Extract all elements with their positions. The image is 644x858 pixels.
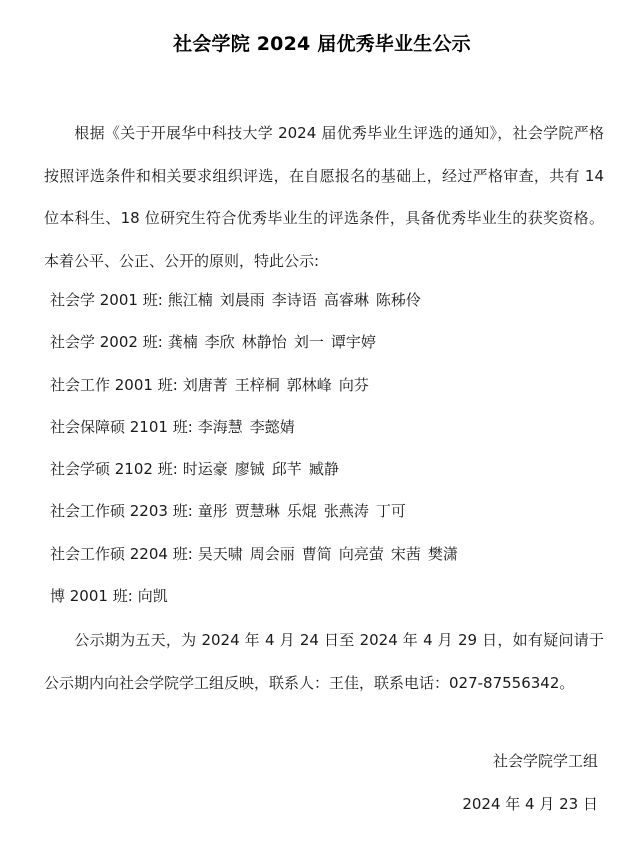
student-names: 龚楠李欣林静怡刘一谭宇婷 <box>168 333 383 351</box>
student-names: 刘唐菁王梓桐郭林峰向芬 <box>183 376 376 394</box>
awardee-class-list: 社会学 2001 班:熊江楠刘晨雨李诗语高睿琳陈秭伶社会学 2002 班:龚楠李… <box>50 279 465 617</box>
class-row: 社会工作硕 2203 班:童彤贾慧琳乐焜张燕涛丁可 <box>50 490 465 532</box>
signature-organization: 社会学院学工组 <box>493 750 598 772</box>
class-label: 社会工作硕 2204 班: <box>50 545 193 563</box>
student-names: 吴天啸周会丽曹简向亮萤宋茜樊潇 <box>198 545 465 563</box>
student-name: 王梓桐 <box>235 376 280 394</box>
student-name: 童彤 <box>198 502 228 520</box>
student-names: 熊江楠刘晨雨李诗语高睿琳陈秭伶 <box>168 291 428 309</box>
class-row: 博 2001 班:向凯 <box>50 575 465 617</box>
student-names: 童彤贾慧琳乐焜张燕涛丁可 <box>198 502 413 520</box>
class-label: 博 2001 班: <box>50 587 133 605</box>
student-name: 吴天啸 <box>198 545 243 563</box>
class-label: 社会学 2001 班: <box>50 291 163 309</box>
class-row: 社会工作 2001 班:刘唐菁王梓桐郭林峰向芬 <box>50 364 465 406</box>
student-name: 熊江楠 <box>168 291 213 309</box>
student-names: 时运豪廖铖邱芊臧静 <box>183 460 346 478</box>
student-name: 刘一 <box>294 333 324 351</box>
student-name: 邱芊 <box>272 460 302 478</box>
class-label: 社会学硕 2102 班: <box>50 460 178 478</box>
class-label: 社会工作硕 2203 班: <box>50 502 193 520</box>
student-names: 李海慧李懿婧 <box>198 418 302 436</box>
student-name: 高睿琳 <box>324 291 369 309</box>
student-name: 张燕涛 <box>324 502 369 520</box>
student-name: 周会丽 <box>250 545 295 563</box>
student-name: 廖铖 <box>235 460 265 478</box>
student-name: 向亮萤 <box>339 545 384 563</box>
notice-text: 公示期为五天，为 2024 年 4 月 24 日至 2024 年 4 月 29 … <box>44 631 604 692</box>
intro-text: 根据《关于开展华中科技大学 2024 届优秀毕业生评选的通知》，社会学院严格按照… <box>44 124 604 270</box>
class-row: 社会保障硕 2101 班:李海慧李懿婧 <box>50 406 465 448</box>
student-name: 李诗语 <box>272 291 317 309</box>
student-name: 时运豪 <box>183 460 228 478</box>
student-name: 臧静 <box>309 460 339 478</box>
student-name: 贾慧琳 <box>235 502 280 520</box>
class-row: 社会学 2001 班:熊江楠刘晨雨李诗语高睿琳陈秭伶 <box>50 279 465 321</box>
class-row: 社会学硕 2102 班:时运豪廖铖邱芊臧静 <box>50 448 465 490</box>
class-label: 社会学 2002 班: <box>50 333 163 351</box>
student-name: 刘晨雨 <box>220 291 265 309</box>
notice-paragraph: 公示期为五天，为 2024 年 4 月 24 日至 2024 年 4 月 29 … <box>44 619 604 704</box>
intro-paragraph: 根据《关于开展华中科技大学 2024 届优秀毕业生评选的通知》，社会学院严格按照… <box>44 112 604 282</box>
student-name: 李欣 <box>205 333 235 351</box>
student-name: 樊潇 <box>428 545 458 563</box>
student-name: 乐焜 <box>287 502 317 520</box>
signature-date: 2024 年 4 月 23 日 <box>462 793 598 815</box>
student-name: 林静怡 <box>242 333 287 351</box>
document-page: 社会学院 2024 届优秀毕业生公示 根据《关于开展华中科技大学 2024 届优… <box>0 0 644 858</box>
document-title: 社会学院 2024 届优秀毕业生公示 <box>0 31 644 57</box>
student-name: 宋茜 <box>391 545 421 563</box>
student-names: 向凯 <box>138 587 175 605</box>
student-name: 李海慧 <box>198 418 243 436</box>
student-name: 郭林峰 <box>287 376 332 394</box>
student-name: 向芬 <box>339 376 369 394</box>
student-name: 李懿婧 <box>250 418 295 436</box>
student-name: 曹简 <box>302 545 332 563</box>
class-row: 社会工作硕 2204 班:吴天啸周会丽曹简向亮萤宋茜樊潇 <box>50 533 465 575</box>
class-label: 社会工作 2001 班: <box>50 376 178 394</box>
student-name: 谭宇婷 <box>331 333 376 351</box>
student-name: 刘唐菁 <box>183 376 228 394</box>
student-name: 丁可 <box>376 502 406 520</box>
student-name: 陈秭伶 <box>376 291 421 309</box>
class-row: 社会学 2002 班:龚楠李欣林静怡刘一谭宇婷 <box>50 321 465 363</box>
student-name: 龚楠 <box>168 333 198 351</box>
class-label: 社会保障硕 2101 班: <box>50 418 193 436</box>
student-name: 向凯 <box>138 587 168 605</box>
